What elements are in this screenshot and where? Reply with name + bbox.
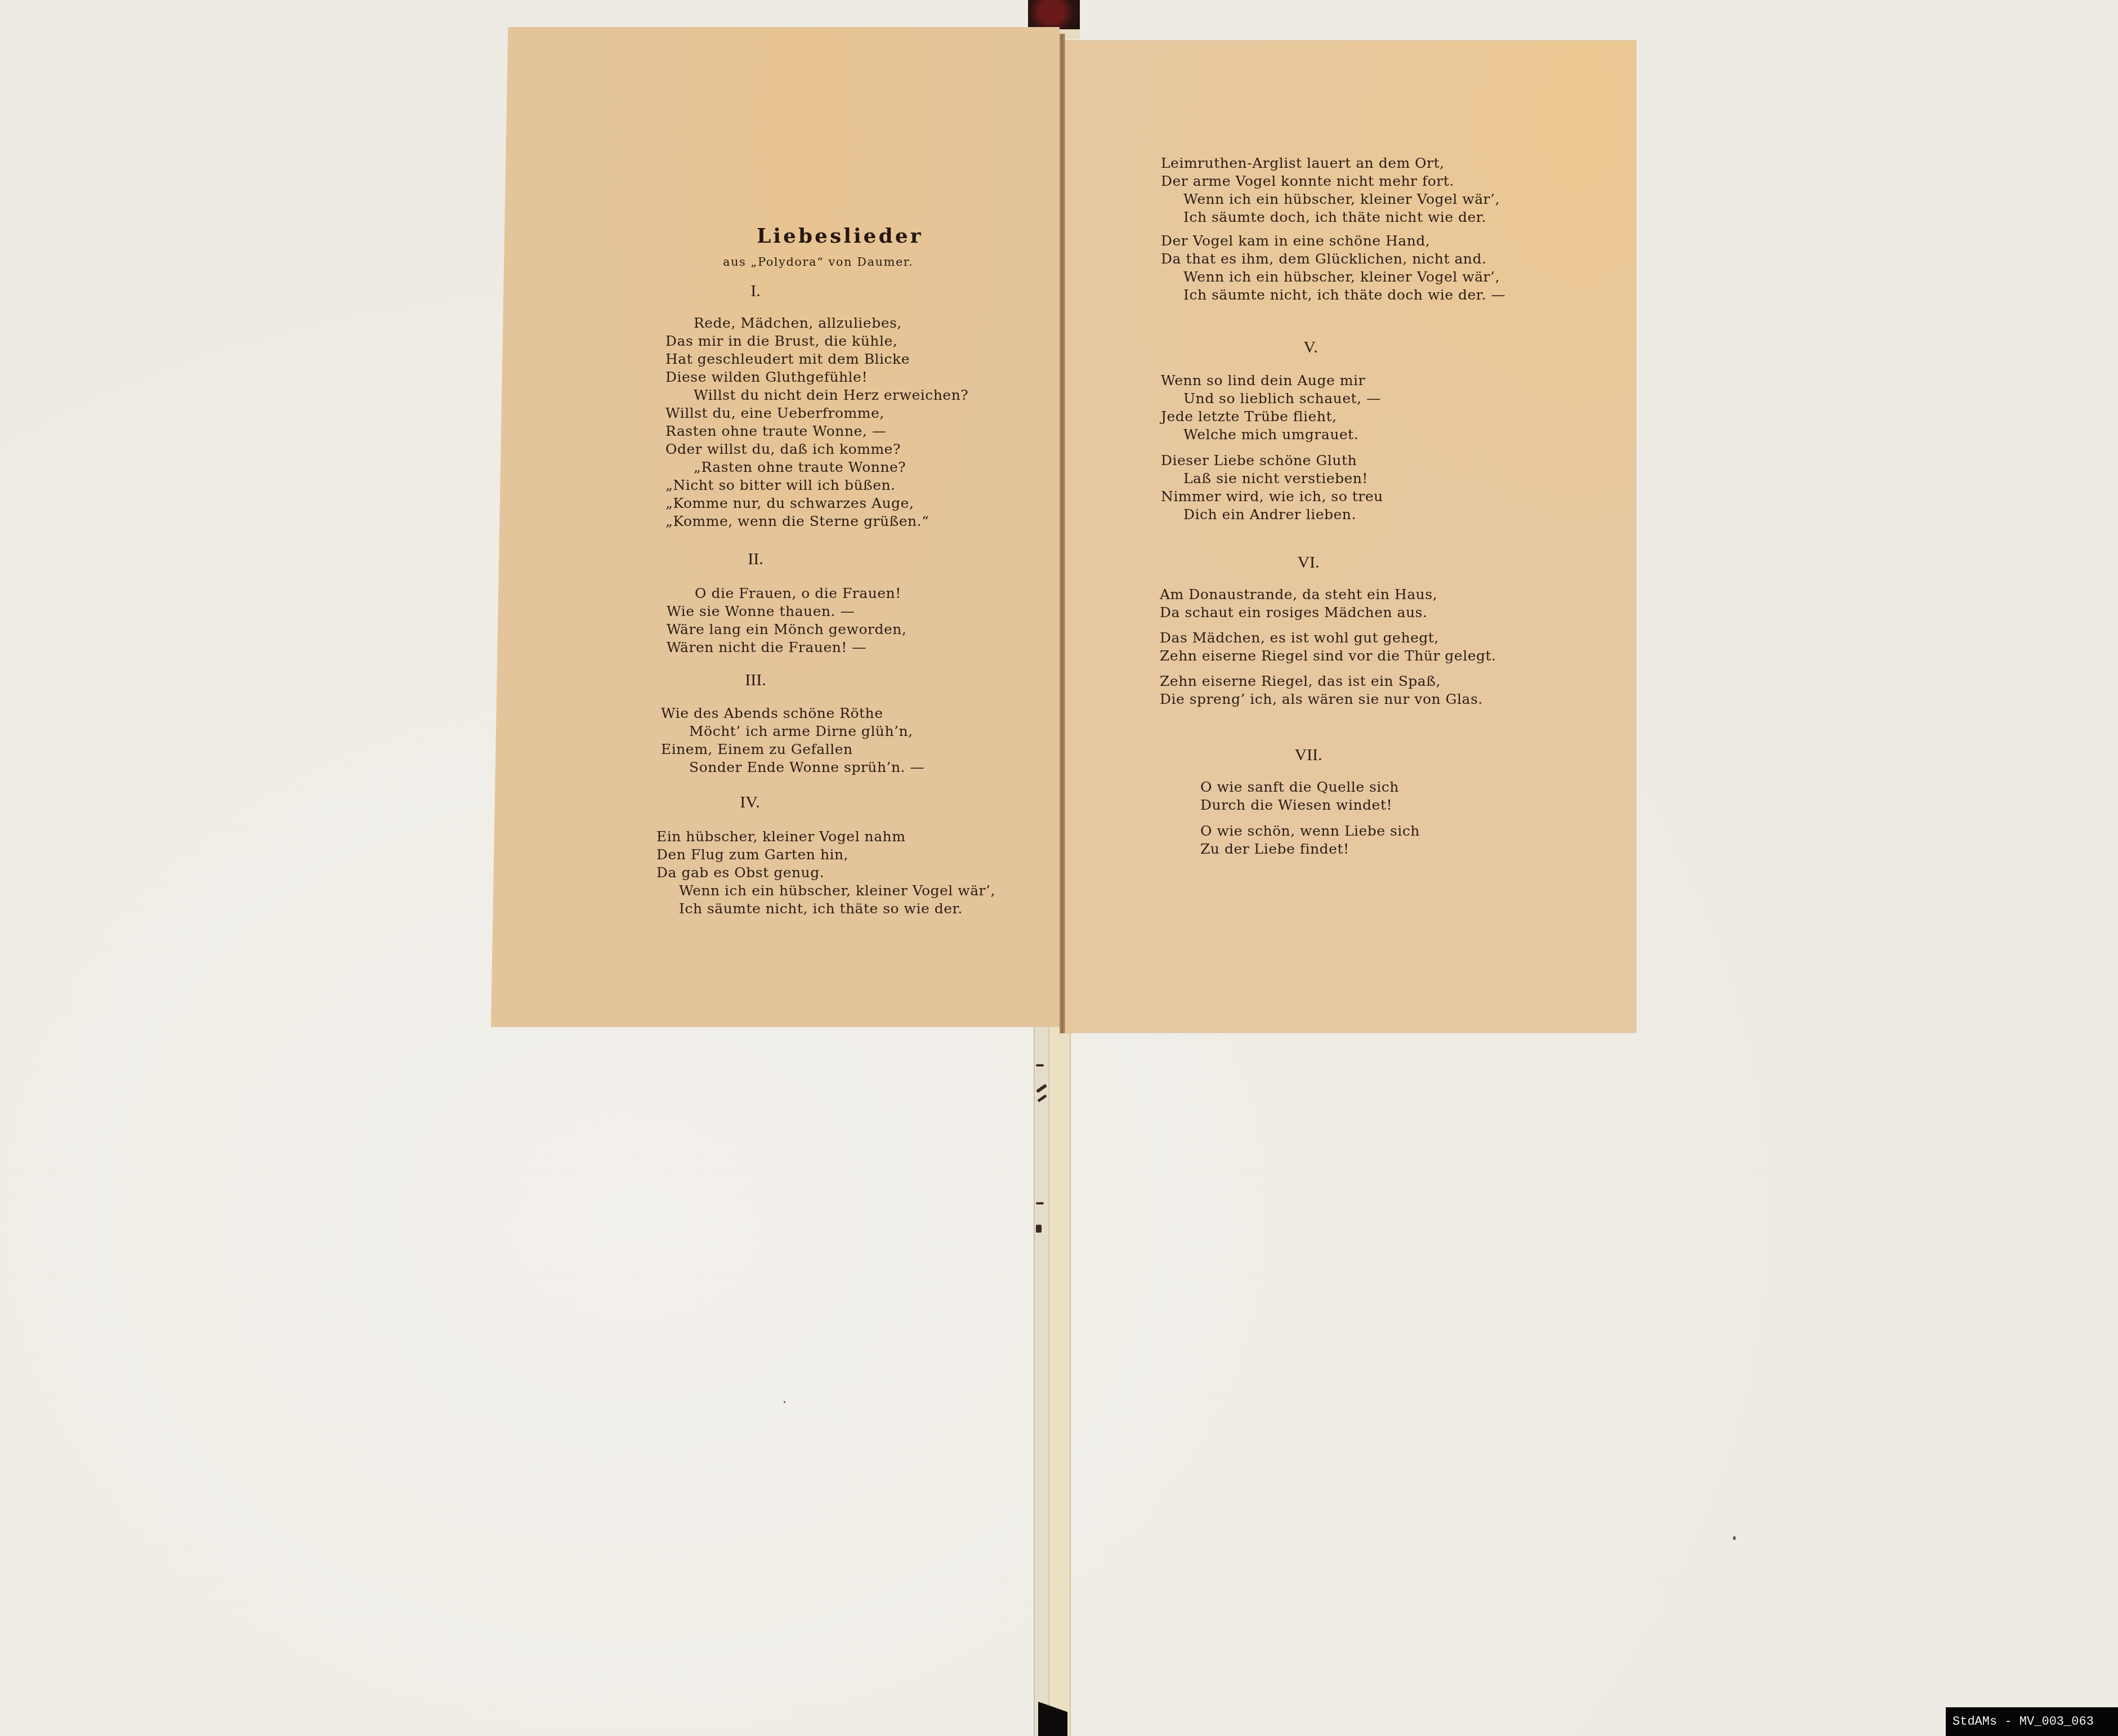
verse-line: „Komme, wenn die Sterne grüßen.“	[665, 512, 968, 530]
verse-line: Dieser Liebe schöne Gluth	[1161, 452, 1383, 470]
verse-line: O die Frauen, o die Frauen!	[667, 584, 906, 603]
verse-line: Jede letzte Trübe flieht,	[1161, 408, 1380, 426]
verse-line: Der arme Vogel konnte nicht mehr fort.	[1161, 172, 1500, 190]
verse-line: Das Mädchen, es ist wohl gut gehegt,	[1160, 629, 1496, 647]
verse-line: Möcht’ ich arme Dirne glüh’n,	[661, 722, 924, 740]
song-6-stanza-2: Das Mädchen, es ist wohl gut gehegt, Zeh…	[1160, 629, 1496, 665]
verse-line: Ein hübscher, kleiner Vogel nahm	[656, 828, 995, 846]
verse-line: Willst du nicht dein Herz erweichen?	[665, 386, 968, 404]
verse-line: Laß sie nicht verstieben!	[1161, 470, 1383, 488]
verse-line: Ich säumte nicht, ich thäte so wie der.	[656, 900, 995, 918]
song-numeral-2: II.	[748, 550, 763, 569]
binding-spine-strip	[1034, 1025, 1071, 1736]
song-numeral-1: I.	[750, 282, 761, 301]
song-5-stanza-2: Dieser Liebe schöne Gluth Laß sie nicht …	[1161, 452, 1383, 524]
verse-line: „Komme nur, du schwarzes Auge,	[665, 494, 968, 512]
verse-line: Diese wilden Gluthgefühle!	[665, 368, 968, 386]
verse-line: Ich säumte nicht, ich thäte doch wie der…	[1161, 286, 1505, 304]
song-numeral-3: III.	[745, 671, 766, 690]
song-1-stanza: Rede, Mädchen, allzuliebes, Das mir in d…	[665, 314, 968, 530]
song-5-stanza-1: Wenn so lind dein Auge mir Und so liebli…	[1161, 372, 1380, 444]
document-title: Liebeslieder	[757, 224, 923, 248]
verse-line: Da schaut ein rosiges Mädchen aus.	[1160, 604, 1437, 622]
verse-line: Leimruthen-Arglist lauert an dem Ort,	[1161, 154, 1500, 172]
verse-line: Wie sie Wonne thauen. —	[667, 603, 906, 621]
verse-line: Dich ein Andrer lieben.	[1161, 506, 1383, 524]
verse-line: Rasten ohne traute Wonne, —	[665, 422, 968, 440]
verse-line: Willst du, eine Ueberfromme,	[665, 404, 968, 422]
verse-line: Da that es ihm, dem Glücklichen, nicht a…	[1161, 250, 1505, 268]
song-6-stanza-3: Zehn eiserne Riegel, das ist ein Spaß, D…	[1160, 672, 1483, 708]
verse-line: Einem, Einem zu Gefallen	[661, 740, 924, 758]
verse-line: Den Flug zum Garten hin,	[656, 846, 995, 864]
document-subtitle: aus „Polydora“ von Daumer.	[723, 255, 913, 269]
verse-line: Zu der Liebe findet!	[1200, 840, 1420, 858]
verse-line: Durch die Wiesen windet!	[1200, 796, 1399, 814]
verse-line: Wenn ich ein hübscher, kleiner Vogel wär…	[1161, 190, 1500, 208]
verse-line: Zehn eiserne Riegel sind vor die Thür ge…	[1160, 647, 1496, 665]
handwriting-mark	[1036, 1225, 1042, 1233]
song-numeral-4: IV.	[740, 793, 759, 812]
verse-line: Oder willst du, daß ich komme?	[665, 440, 968, 458]
verse-line: Rede, Mädchen, allzuliebes,	[665, 314, 968, 332]
verse-line: Wenn so lind dein Auge mir	[1161, 372, 1380, 390]
verse-line: Das mir in die Brust, die kühle,	[665, 332, 968, 350]
song-numeral-5: V.	[1303, 338, 1317, 357]
verse-line: Wie des Abends schöne Röthe	[661, 704, 924, 722]
verse-line: Die spreng’ ich, als wären sie nur von G…	[1160, 690, 1483, 708]
verse-line: Zehn eiserne Riegel, das ist ein Spaß,	[1160, 672, 1483, 690]
paper-speck	[784, 1401, 785, 1403]
handwriting-mark	[1036, 1202, 1044, 1204]
right-page: Leimruthen-Arglist lauert an dem Ort, De…	[1065, 41, 1636, 1033]
spine-crease-line	[1048, 1025, 1049, 1736]
verse-line: O wie schön, wenn Liebe sich	[1200, 822, 1420, 840]
verse-line: Am Donaustrande, da steht ein Haus,	[1160, 586, 1437, 604]
verse-line: Sonder Ende Wonne sprüh’n. —	[661, 758, 924, 776]
song-numeral-7: VII.	[1294, 746, 1322, 765]
verse-line: Da gab es Obst genug.	[656, 864, 995, 882]
left-page: Liebeslieder aus „Polydora“ von Daumer. …	[491, 27, 1060, 1027]
song-3-stanza: Wie des Abends schöne Röthe Möcht’ ich a…	[661, 704, 924, 776]
handwriting-mark	[1036, 1064, 1044, 1066]
verse-line: „Nicht so bitter will ich büßen.	[665, 476, 968, 494]
paper-speck	[1733, 1536, 1736, 1540]
song-2-stanza: O die Frauen, o die Frauen! Wie sie Wonn…	[667, 584, 906, 657]
page-fold-gutter	[1060, 34, 1065, 1033]
verse-line: Hat geschleudert mit dem Blicke	[665, 350, 968, 368]
verse-line: Wenn ich ein hübscher, kleiner Vogel wär…	[656, 882, 995, 900]
song-numeral-6: VI.	[1297, 553, 1319, 572]
verse-line: Wären nicht die Frauen! —	[667, 639, 906, 657]
verse-line: O wie sanft die Quelle sich	[1200, 778, 1399, 796]
song-4-continuation-stanza-2: Der Vogel kam in eine schöne Hand, Da th…	[1161, 232, 1505, 304]
verse-line: „Rasten ohne traute Wonne?	[665, 458, 968, 476]
verse-line: Der Vogel kam in eine schöne Hand,	[1161, 232, 1505, 250]
song-4-stanza: Ein hübscher, kleiner Vogel nahm Den Flu…	[656, 828, 995, 918]
verse-line: Nimmer wird, wie ich, so treu	[1161, 488, 1383, 506]
verse-line: Wenn ich ein hübscher, kleiner Vogel wär…	[1161, 268, 1505, 286]
song-7-stanza-1: O wie sanft die Quelle sich Durch die Wi…	[1200, 778, 1399, 814]
song-4-continuation-stanza-1: Leimruthen-Arglist lauert an dem Ort, De…	[1161, 154, 1500, 226]
archive-label: StdAMs - MV_003_063	[1946, 1707, 2118, 1736]
verse-line: Welche mich umgrauet.	[1161, 426, 1380, 444]
verse-line: Und so lieblich schauet, —	[1161, 390, 1380, 408]
verse-line: Wäre lang ein Mönch geworden,	[667, 621, 906, 639]
verse-line: Ich säumte doch, ich thäte nicht wie der…	[1161, 208, 1500, 226]
song-7-stanza-2: O wie schön, wenn Liebe sich Zu der Lieb…	[1200, 822, 1420, 858]
song-6-stanza-1: Am Donaustrande, da steht ein Haus, Da s…	[1160, 586, 1437, 622]
